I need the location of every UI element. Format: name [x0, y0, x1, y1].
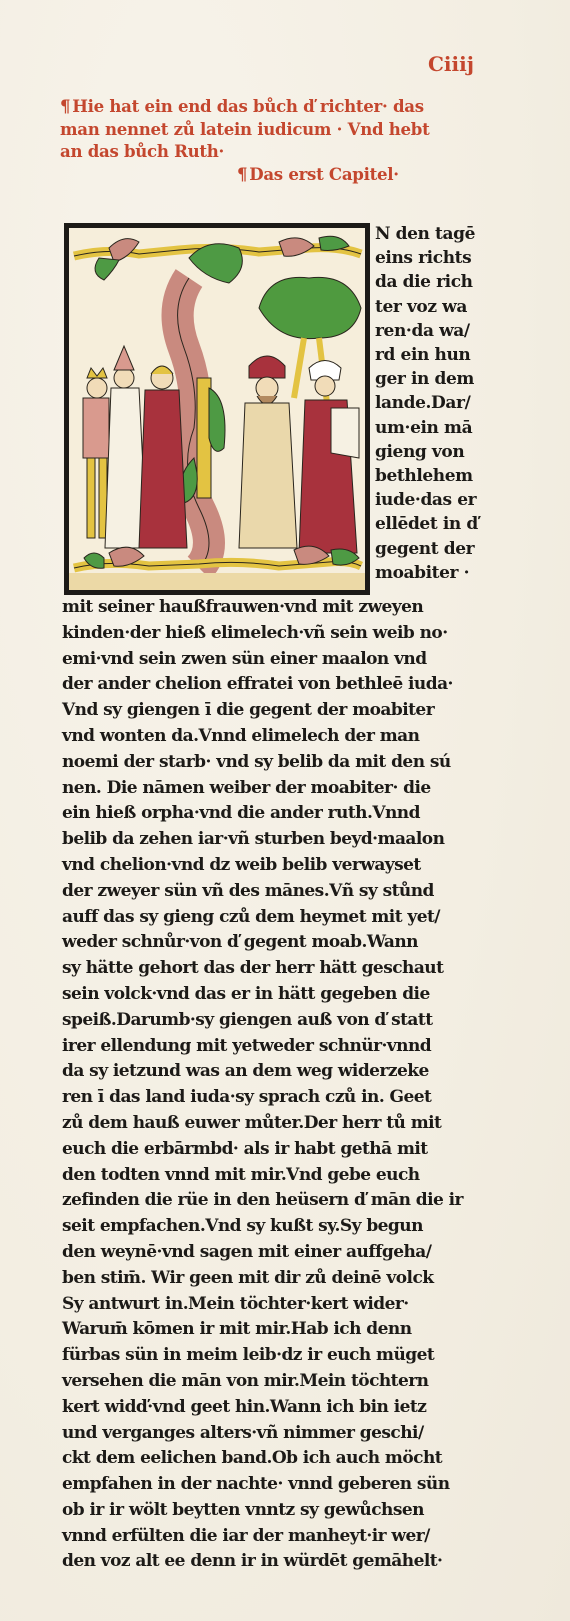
text-line: Vnd sy giengen ī die gegent der moabiter	[62, 698, 492, 724]
woodcut-initial-i-image	[69, 228, 365, 590]
woodcut-illustration	[64, 223, 370, 595]
text-line: und verganges alters·vñ nimmer geschi/	[62, 1421, 492, 1447]
side-text-column: N den tagē eins richts da die rich ter v…	[375, 222, 490, 585]
pilcrow-icon: ¶	[237, 164, 247, 184]
text-line: da die rich	[375, 270, 490, 294]
text-line: kert widď·vnd geet hin.Wann ich bin ietz	[62, 1395, 492, 1421]
text-line: rd ein hun	[375, 343, 490, 367]
text-line: Sy antwurt in.Mein töchter·kert wider·	[62, 1292, 492, 1318]
text-line: der zweyer sün vñ des mānes.Vñ sy stůnd	[62, 879, 492, 905]
text-line: den todten vnnd mit mir.Vnd gebe euch	[62, 1163, 492, 1189]
text-line: ein hieß orpha·vnd die ander ruth.Vnnd	[62, 801, 492, 827]
text-line: vnnd erfülten die iar der manheyt·ir wer…	[62, 1524, 492, 1550]
text-line: euch die erbārmbd· als ir habt gethā mit	[62, 1137, 492, 1163]
text-line: lande.Dar/	[375, 391, 490, 415]
text-line: zefinden die rüe in den heüsern ď mān di…	[62, 1188, 492, 1214]
text-line: irer ellendung mit yetweder schnür·vnnd	[62, 1034, 492, 1060]
text-line: auff das sy gieng czů dem heymet mit yet…	[62, 905, 492, 931]
text-line: moabiter ·	[375, 561, 490, 585]
text-line: iude·das er	[375, 488, 490, 512]
text-line: sy hätte gehort das der herr hätt gescha…	[62, 956, 492, 982]
rubric-line-1: ¶Hie hat ein end das bůch ď richter· das	[60, 95, 480, 118]
text-line: vnd wonten da.Vnnd elimelech der man	[62, 724, 492, 750]
text-line: der ander chelion effratei von bethleē i…	[62, 672, 492, 698]
body-text-block: mit seiner haußfrauwen·vnd mit zweyen ki…	[62, 595, 492, 1575]
pilcrow-icon: ¶	[60, 96, 70, 116]
folio-number: Ciiij	[428, 52, 474, 76]
text-line: den weynē·vnd sagen mit einer auffgeha/	[62, 1240, 492, 1266]
text-line: bethlehem	[375, 464, 490, 488]
text-line: noemi der starb· vnd sy belib da mit den…	[62, 750, 492, 776]
text-line: ben stim̄. Wir geen mit dir zů deinē vol…	[62, 1266, 492, 1292]
text-line: kinden·der hieß elimelech·vñ sein weib n…	[62, 621, 492, 647]
text-line: speiß.Darumb·sy giengen auß von ď statt	[62, 1008, 492, 1034]
text-line: nen. Die nāmen weiber der moabiter· die	[62, 776, 492, 802]
text-line: versehen die mān von mir.Mein töchtern	[62, 1369, 492, 1395]
chapter-heading: ¶Das erst Capitel·	[60, 163, 480, 186]
text-line: ter voz wa	[375, 295, 490, 319]
text-line: weder schnůr·von ď gegent moab.Wann	[62, 930, 492, 956]
text-line: gieng von	[375, 440, 490, 464]
text-line: den voz alt ee denn ir in würdēt gemāhel…	[62, 1549, 492, 1575]
text-line: empfahen in der nachte· vnnd geberen sün	[62, 1472, 492, 1498]
text-line: ren·da wa/	[375, 319, 490, 343]
text-line: seit empfachen.Vnd sy kußt sy.Sy begun	[62, 1214, 492, 1240]
text-line: um·ein mā	[375, 416, 490, 440]
rubric-line-2: man nennet zů latein iudicum · Vnd hebt	[60, 118, 480, 141]
rubric-heading: ¶Hie hat ein end das bůch ď richter· das…	[60, 95, 480, 185]
text-line: vnd chelion·vnd dz weib belib verwayset	[62, 853, 492, 879]
text-line: ckt dem eelichen band.Ob ich auch möcht	[62, 1446, 492, 1472]
text-line: ren ī das land iuda·sy sprach czů in. Ge…	[62, 1085, 492, 1111]
text-line: fürbas sün in meim leib·dz ir euch müget	[62, 1343, 492, 1369]
text-line: gegent der	[375, 537, 490, 561]
text-line: belib da zehen iar·vñ sturben beyd·maalo…	[62, 827, 492, 853]
text-line: Warum̄ kōmen ir mit mir.Hab ich denn	[62, 1317, 492, 1343]
text-line: emi·vnd sein zwen sün einer maalon vnd	[62, 647, 492, 673]
text-line: sein volck·vnd das er in hätt gegeben di…	[62, 982, 492, 1008]
text-line: eins richts	[375, 246, 490, 270]
text-line: ger in dem	[375, 367, 490, 391]
text-line: ob ir ir wölt beytten vnntz sy gewůchsen	[62, 1498, 492, 1524]
text-line: ellēdet in ď	[375, 512, 490, 536]
rubric-line-3: an das bůch Ruth·	[60, 140, 480, 163]
text-line: zů dem hauß euwer můter.Der herr tů mit	[62, 1111, 492, 1137]
text-line: da sy ietzund was an dem weg widerzeke	[62, 1059, 492, 1085]
text-line: mit seiner haußfrauwen·vnd mit zweyen	[62, 595, 492, 621]
text-line: N den tagē	[375, 222, 490, 246]
